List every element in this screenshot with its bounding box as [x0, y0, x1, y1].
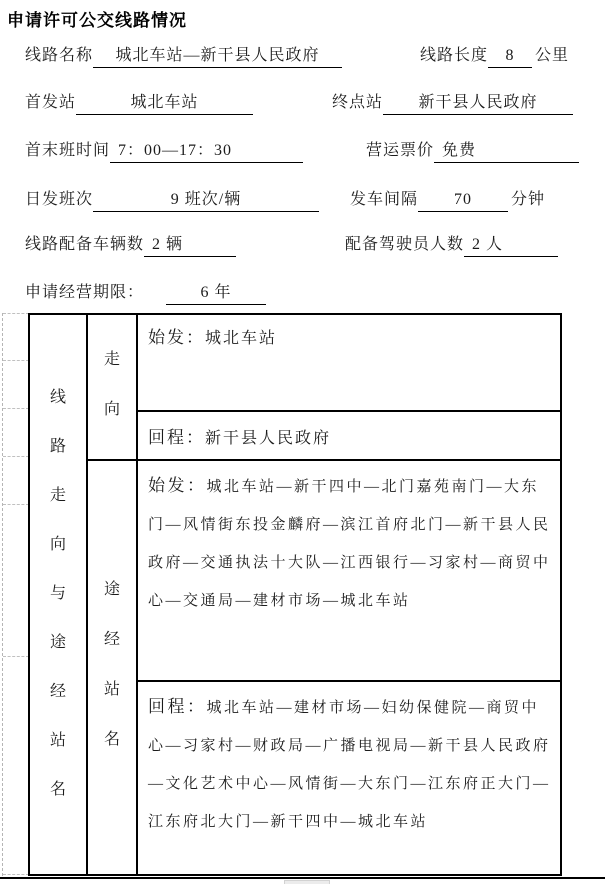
field-terminal-station: 终点站 新干县人民政府 — [332, 89, 573, 115]
field-daily-trips: 日发班次 9 班次/辆 — [25, 186, 319, 212]
next-table-shaded-cell — [284, 880, 330, 884]
form-row-3: 首末班时间 7：00—17：30 营运票价 免费 — [0, 137, 605, 163]
route-table-grid: 线路走向与途经站名 走向 途经站名 始发：城北车站 回程：新干县人民政府 始发 — [28, 313, 562, 876]
field-first-station-label: 首发站 — [25, 89, 76, 112]
field-departure-interval: 发车间隔 70 分钟 — [350, 186, 545, 212]
field-terminal-station-label: 终点站 — [332, 89, 383, 112]
field-route-length-label: 线路长度 — [420, 42, 488, 65]
field-drivers-label: 配备驾驶员人数 — [345, 231, 464, 254]
document-page: 申请许可公交线路情况 线路名称 城北车站—新干县人民政府 线路长度 8 公里 首… — [0, 0, 605, 884]
direction-outbound-value: 城北车站 — [205, 330, 277, 347]
field-operation-period-value: 6 年 — [166, 279, 266, 305]
direction-return-cell: 回程：新干县人民政府 — [138, 412, 560, 461]
form-row-4: 日发班次 9 班次/辆 发车间隔 70 分钟 — [0, 186, 605, 212]
stops-outbound-value: 城北车站—新干四中—北门嘉苑南门—大东门—风情街东投金麟府—滨江首府北门—新干县… — [148, 479, 551, 609]
field-terminal-station-value: 新干县人民政府 — [383, 89, 573, 115]
stops-outbound-cell: 始发：城北车站—新干四中—北门嘉苑南门—大东门—风情街东投金麟府—滨江首府北门—… — [138, 461, 560, 682]
field-fare-value: 免费 — [434, 137, 579, 163]
field-route-name: 线路名称 城北车站—新干县人民政府 — [25, 42, 342, 68]
field-service-hours-value: 7：00—17：30 — [110, 137, 303, 163]
stops-header-cell: 途经站名 — [88, 461, 136, 874]
stops-outbound-label: 始发： — [148, 476, 207, 495]
field-departure-interval-unit: 分钟 — [511, 186, 545, 209]
ghost-column — [2, 313, 29, 876]
form-row-6: 申请经营期限： 6 年 — [0, 279, 605, 305]
page-title: 申请许可公交线路情况 — [7, 6, 187, 31]
direction-header-text: 走向 — [102, 315, 122, 435]
table-row-header-cell: 线路走向与途经站名 — [30, 315, 88, 874]
field-service-hours-label: 首末班时间 — [25, 137, 110, 160]
field-vehicles-value: 2 辆 — [144, 231, 236, 257]
route-table: 线路走向与途经站名 走向 途经站名 始发：城北车站 回程：新干县人民政府 始发 — [0, 313, 605, 876]
stops-return-label: 回程： — [148, 697, 207, 716]
form-row-1: 线路名称 城北车站—新干县人民政府 线路长度 8 公里 — [0, 42, 605, 68]
field-fare-label: 营运票价 — [366, 137, 434, 160]
direction-header-cell: 走向 — [88, 315, 136, 461]
field-daily-trips-label: 日发班次 — [25, 186, 93, 209]
field-drivers-value: 2 人 — [464, 231, 558, 257]
field-fare: 营运票价 免费 — [366, 137, 579, 163]
direction-outbound-cell: 始发：城北车站 — [138, 315, 560, 412]
stops-return-value: 城北车站—建材市场—妇幼保健院—商贸中心—习家村—财政局—广播电视局—新干县人民… — [148, 700, 551, 830]
field-drivers: 配备驾驶员人数 2 人 — [345, 231, 558, 257]
direction-outbound-label: 始发： — [148, 328, 205, 347]
field-first-station-value: 城北车站 — [76, 89, 253, 115]
field-service-hours: 首末班时间 7：00—17：30 — [25, 137, 303, 163]
field-first-station: 首发站 城北车站 — [25, 89, 253, 115]
field-operation-period: 申请经营期限： 6 年 — [25, 279, 266, 305]
field-route-length: 线路长度 8 公里 — [420, 42, 569, 68]
field-departure-interval-value: 70 — [418, 191, 508, 212]
table-subheader-column: 走向 途经站名 — [88, 315, 138, 874]
stops-return-cell: 回程：城北车站—建材市场—妇幼保健院—商贸中心—习家村—财政局—广播电视局—新干… — [138, 682, 560, 874]
next-table-top-border — [0, 877, 605, 879]
direction-return-value: 新干县人民政府 — [205, 430, 331, 447]
field-daily-trips-value: 9 班次/辆 — [93, 186, 319, 212]
stops-header-text: 途经站名 — [102, 461, 122, 765]
field-operation-period-label: 申请经营期限： — [25, 279, 144, 302]
field-route-name-value: 城北车站—新干县人民政府 — [93, 42, 342, 68]
field-vehicles: 线路配备车辆数 2 辆 — [25, 231, 236, 257]
field-route-length-unit: 公里 — [535, 42, 569, 65]
form-row-2: 首发站 城北车站 终点站 新干县人民政府 — [0, 89, 605, 115]
field-route-name-label: 线路名称 — [25, 42, 93, 65]
field-route-length-value: 8 — [488, 47, 532, 68]
field-departure-interval-label: 发车间隔 — [350, 186, 418, 209]
table-content-column: 始发：城北车站 回程：新干县人民政府 始发：城北车站—新干四中—北门嘉苑南门—大… — [138, 315, 560, 874]
form-row-5: 线路配备车辆数 2 辆 配备驾驶员人数 2 人 — [0, 231, 605, 257]
field-vehicles-label: 线路配备车辆数 — [25, 231, 144, 254]
direction-return-label: 回程： — [148, 428, 205, 447]
table-row-header-text: 线路走向与途经站名 — [48, 315, 68, 814]
